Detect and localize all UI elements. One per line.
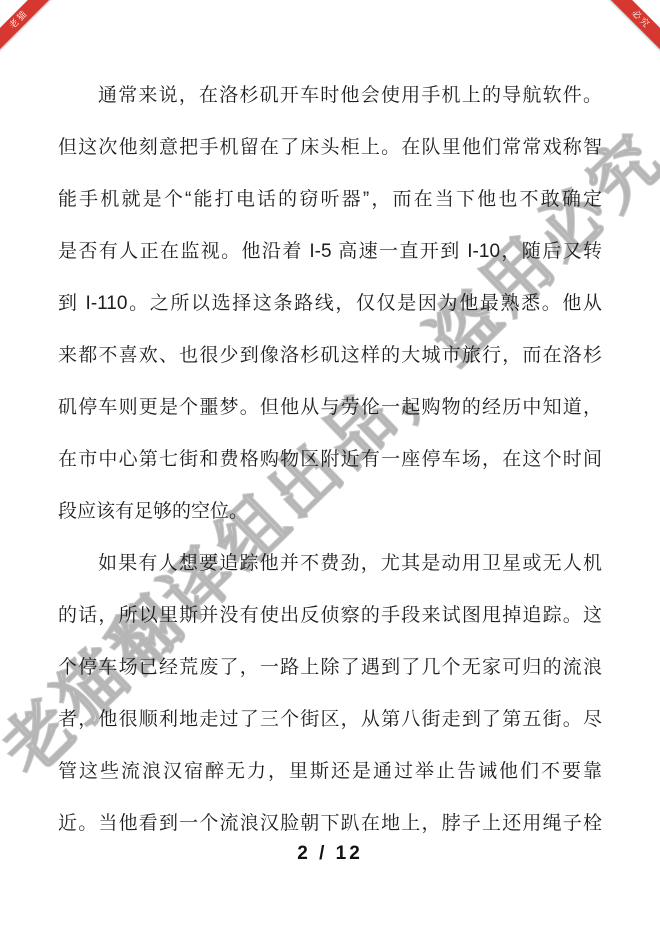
text-line: 来都不喜欢、也很少到像洛杉矶这样的大城市旅行，而在洛杉 xyxy=(58,330,602,382)
text-line: 矶停车则更是个噩梦。但他从与劳伦一起购物的经历中知道， xyxy=(58,382,602,434)
text-line: 到 I-110。之所以选择这条路线，仅仅是因为他最熟悉。他从 xyxy=(58,278,602,330)
corner-ribbon-right: 必究 xyxy=(596,0,660,64)
paragraph-1: 通常来说，在洛杉矶开车时他会使用手机上的导航软件。 但这次他刻意把手机留在了床头… xyxy=(58,70,602,538)
corner-ribbon-right-label: 必究 xyxy=(597,0,660,64)
page-number: 2 / 12 xyxy=(0,843,660,865)
text-line: 在市中心第七街和费格购物区附近有一座停车场，在这个时间 xyxy=(58,434,602,486)
text-line: 个停车场已经荒废了，一路上除了遇到了几个无家可归的流浪 xyxy=(58,642,602,694)
text-line: 管这些流浪汉宿醉无力，里斯还是通过举止告诫他们不要靠 xyxy=(58,746,602,798)
paragraph-2: 如果有人想要追踪他并不费劲，尤其是动用卫星或无人机 的话，所以里斯并没有使出反侦… xyxy=(58,538,602,850)
corner-ribbon-left: 老猫 xyxy=(0,0,64,64)
text-line: 能手机就是个“能打电话的窃听器”，而在当下他也不敢确定 xyxy=(58,174,602,226)
text-line: 的话，所以里斯并没有使出反侦察的手段来试图甩掉追踪。这 xyxy=(58,590,602,642)
text-line: 如果有人想要追踪他并不费劲，尤其是动用卫星或无人机 xyxy=(58,538,602,590)
text-block: 通常来说，在洛杉矶开车时他会使用手机上的导航软件。 但这次他刻意把手机留在了床头… xyxy=(58,70,602,850)
text-line: 通常来说，在洛杉矶开车时他会使用手机上的导航软件。 xyxy=(58,70,602,122)
document-page: 老猫翻译组出品，盗用必究 老猫 必究 通常来说，在洛杉矶开车时他会使用手机上的导… xyxy=(0,0,660,933)
text-line: 段应该有足够的空位。 xyxy=(58,486,602,538)
corner-ribbon-left-label: 老猫 xyxy=(0,0,63,64)
text-line: 但这次他刻意把手机留在了床头柜上。在队里他们常常戏称智 xyxy=(58,122,602,174)
text-line: 者，他很顺利地走过了三个街区，从第八街走到了第五街。尽 xyxy=(58,694,602,746)
text-line: 是否有人正在监视。他沿着 I-5 高速一直开到 I-10，随后又转 xyxy=(58,226,602,278)
